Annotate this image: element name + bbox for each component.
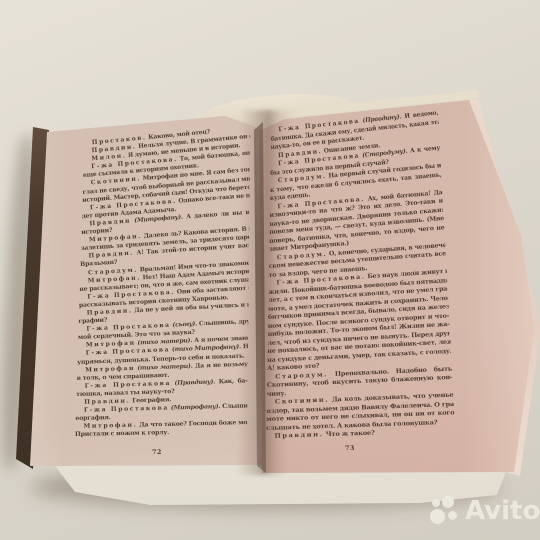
- left-page-text: Простаков. Каково, мой отец?Правдин. Нел…: [84, 140, 251, 439]
- text-line: Пристали с ножом к горлу.: [75, 428, 247, 440]
- right-page-number: 73: [345, 444, 355, 452]
- left-page-number: 72: [152, 448, 162, 456]
- avito-watermark: Avito: [430, 496, 540, 528]
- avito-logo-icon: [430, 496, 460, 528]
- right-page-text: Г-жа Простакова (Правдину). И ведомо,бат…: [271, 127, 448, 442]
- avito-watermark-label: Avito: [465, 496, 540, 526]
- book-photo-scene: Простаков. Каково, мой отец?Правдин. Нел…: [0, 0, 540, 540]
